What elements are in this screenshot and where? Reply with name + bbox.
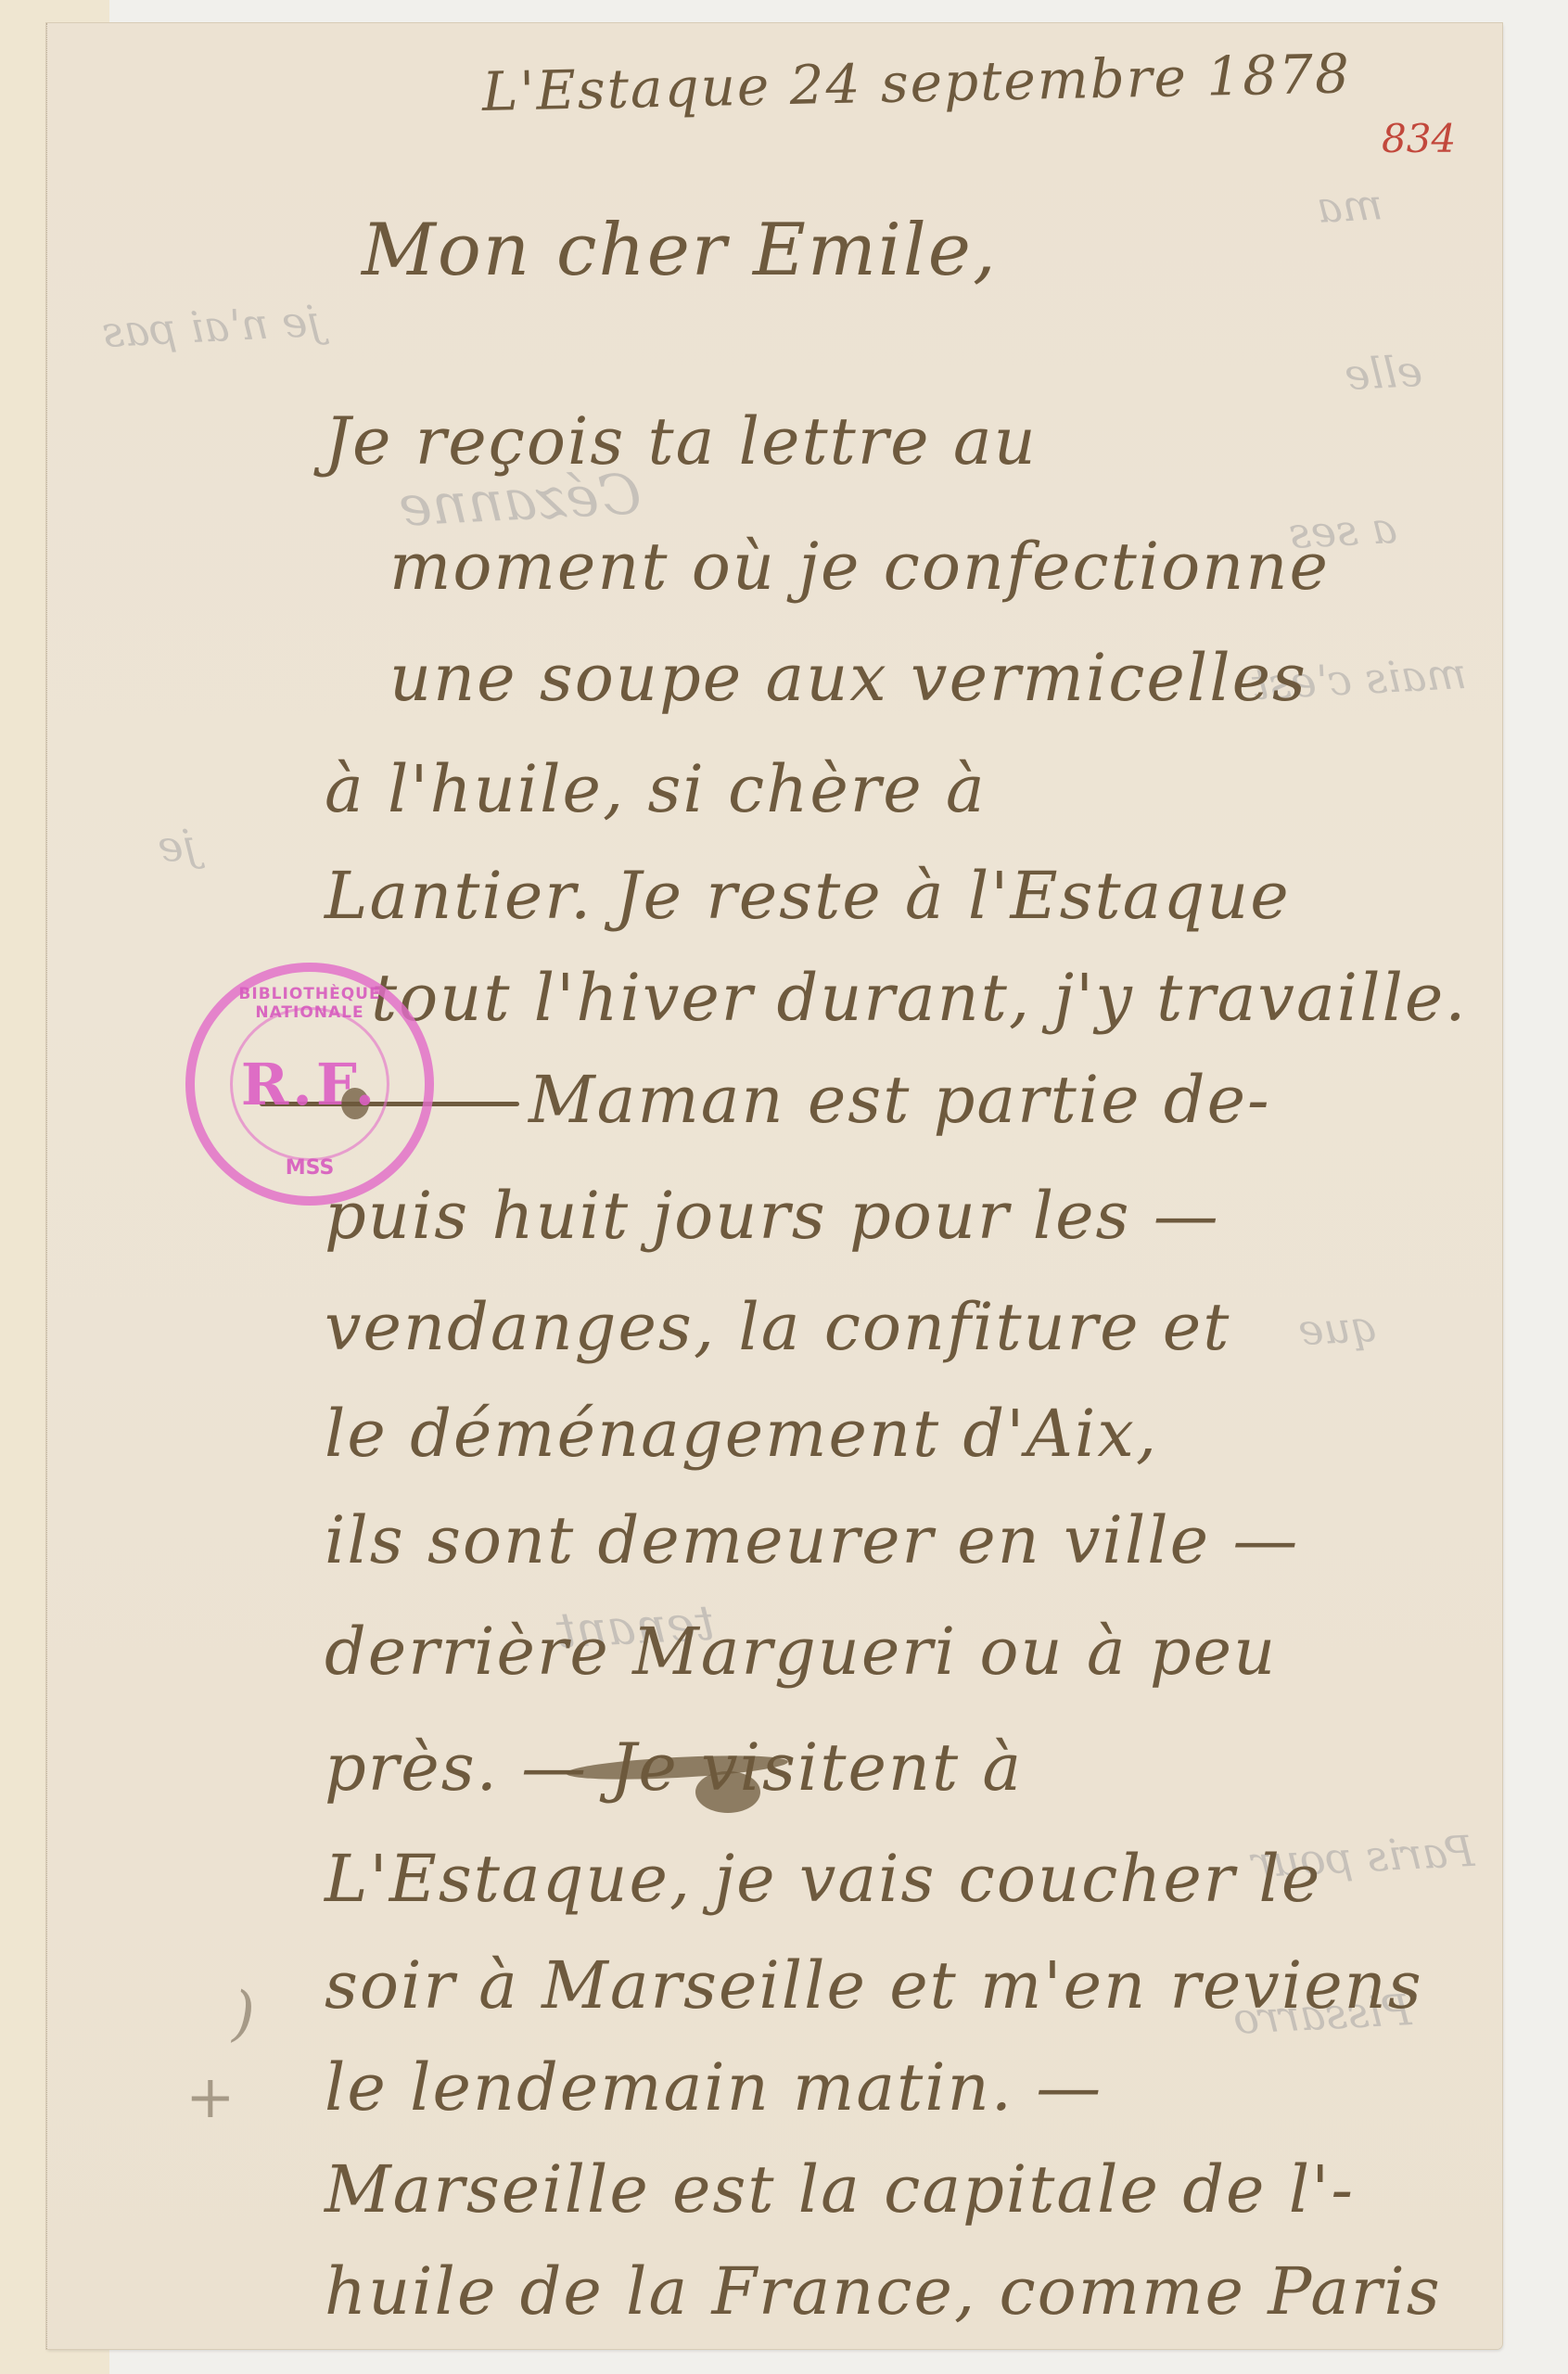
letter-salutation: Mon cher Emile,	[362, 209, 998, 292]
letter-line: L'Estaque, je vais coucher le	[325, 1841, 1321, 1917]
letter-line: derrière Margueri ou à peu	[325, 1614, 1277, 1690]
letter-line: le déménagement d'Aix,	[325, 1396, 1158, 1472]
letter-line: soir à Marseille et m'en reviens	[325, 1947, 1423, 2023]
letter-line: Lantier. Je reste à l'Estaque	[325, 858, 1291, 934]
stamp-inner-ring	[230, 1007, 389, 1161]
letter-line: huile de la France, comme Paris	[325, 2253, 1442, 2329]
margin-mark: )	[232, 1980, 255, 2049]
letter-line: tout l'hiver durant, j'y travaille.	[371, 960, 1468, 1036]
bleed-through-text: elle	[1344, 346, 1424, 400]
letter-line: Marseille est la capitale de l'-	[325, 2151, 1355, 2227]
stamp-ring-text: BIBLIOTHÈQUE NATIONALE	[195, 985, 425, 1022]
letter-line: vendanges, la confiture et	[325, 1289, 1230, 1365]
letter-line: Je reçois ta lettre au	[325, 403, 1038, 479]
letter-line: le lendemain matin. —	[325, 2049, 1103, 2125]
folio-number: 834	[1382, 116, 1456, 161]
letter-line: moment où je confectionne	[389, 529, 1330, 605]
letter-line: à l'huile, si chère à	[325, 751, 987, 827]
bleed-through-text: que	[1297, 1301, 1380, 1355]
bleed-through-text: ma	[1316, 179, 1384, 233]
letter-line: Maman est partie de-	[529, 1062, 1271, 1138]
margin-mark: +	[185, 2063, 236, 2132]
letter-dateline: L'Estaque 24 septembre 1878	[481, 42, 1351, 123]
letter-line: une soupe aux vermicelles	[389, 640, 1307, 716]
ink-blot	[695, 1771, 760, 1813]
library-stamp: BIBLIOTHÈQUE NATIONALE R.F. MSS	[185, 963, 434, 1206]
bleed-through-text: je n'ai pas	[101, 296, 322, 357]
letter-line: ils sont demeurer en ville —	[325, 1502, 1299, 1578]
letter-line: puis huit jours pour les —	[325, 1178, 1220, 1254]
stamp-bottom-text: MSS	[195, 1156, 425, 1180]
bleed-through-text: je	[157, 820, 198, 872]
